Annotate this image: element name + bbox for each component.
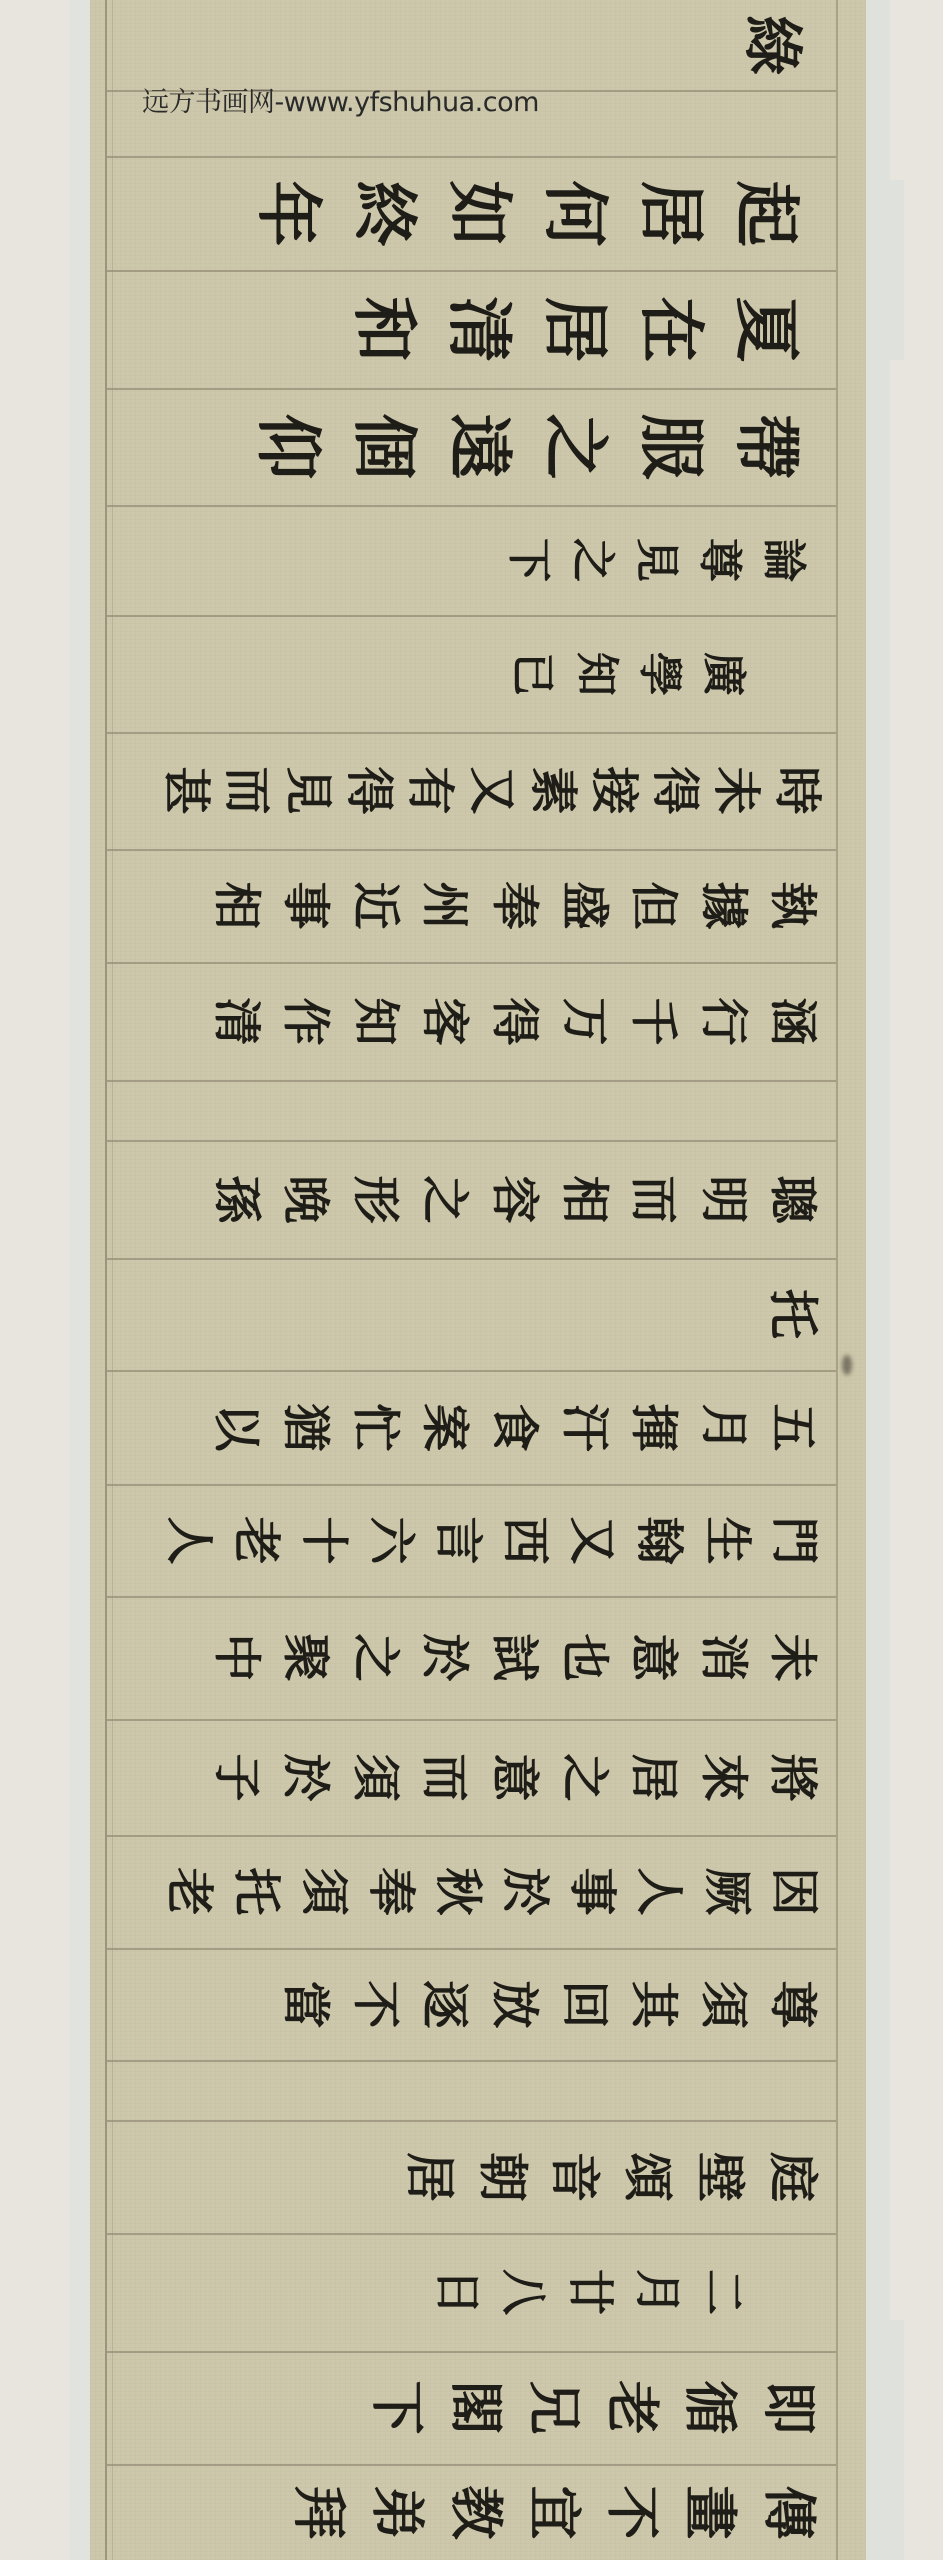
calligraphy-character: 兄 — [519, 2368, 596, 2446]
calligraphy-character: 廣 — [696, 642, 760, 706]
calligraphy-character: 傳 — [754, 2473, 831, 2551]
calligraphy-character: 月 — [693, 1392, 762, 1462]
calligraphy-character: 行 — [693, 986, 762, 1056]
calligraphy-column: 論尊見之下 — [120, 505, 820, 615]
calligraphy-character: 十 — [294, 1506, 363, 1573]
calligraphy-character: 不 — [598, 2473, 675, 2551]
calligraphy-character: 猶 — [276, 1392, 345, 1462]
calligraphy-character: 聰 — [763, 1164, 832, 1234]
calligraphy-character: 千 — [624, 986, 693, 1056]
calligraphy-character: 西 — [495, 1506, 564, 1573]
calligraphy-character: 意 — [624, 1623, 693, 1693]
calligraphy-character: 事 — [276, 871, 345, 941]
calligraphy-character: 客 — [415, 986, 484, 1056]
calligraphy-character: 素 — [523, 760, 592, 821]
calligraphy-character: 學 — [632, 642, 696, 706]
calligraphy-character: 子 — [206, 1742, 275, 1812]
calligraphy-column: 帶服之遠個仰 — [120, 388, 820, 505]
calligraphy-character: 人 — [159, 1506, 228, 1573]
calligraphy-character: 年 — [246, 165, 341, 261]
calligraphy-character: 於 — [495, 1858, 564, 1925]
calligraphy-character: 清 — [438, 281, 533, 377]
calligraphy-character: 門 — [764, 1506, 833, 1573]
calligraphy-character: 晚 — [276, 1164, 345, 1234]
left-margin-line-inner — [112, 0, 113, 2560]
calligraphy-column: 執據但盛奉州近事相 — [120, 849, 832, 962]
calligraphy-character: 來 — [693, 1742, 762, 1812]
ruled-line — [107, 1080, 836, 1082]
calligraphy-character: 和 — [342, 281, 437, 377]
calligraphy-character: 廿 — [560, 2259, 626, 2326]
calligraphy-character: 之 — [415, 1164, 484, 1234]
calligraphy-character: 朝 — [470, 2140, 542, 2213]
calligraphy-character: 而 — [415, 1742, 484, 1812]
calligraphy-character: 万 — [554, 986, 623, 1056]
calligraphy-character: 仰 — [246, 399, 341, 495]
calligraphy-column: 托 — [120, 1258, 832, 1370]
mount-notch — [890, 360, 904, 2320]
calligraphy-character: 八 — [494, 2259, 560, 2326]
calligraphy-character: 秋 — [428, 1858, 497, 1925]
calligraphy-character: 相 — [554, 1164, 623, 1234]
calligraphy-character: 言 — [428, 1506, 497, 1573]
calligraphy-character: 居 — [629, 165, 724, 261]
left-margin-line — [105, 0, 107, 2560]
calligraphy-character: 奉 — [484, 871, 553, 941]
calligraphy-character: 案 — [415, 1392, 484, 1462]
calligraphy-column: 時未得接素又有得見而甚 — [120, 732, 832, 849]
calligraphy-character: 相 — [206, 871, 275, 941]
calligraphy-character: 因 — [764, 1858, 833, 1925]
calligraphy-character: 州 — [415, 871, 484, 941]
calligraphy-character: 何 — [533, 165, 628, 261]
mount-right-edge — [866, 0, 904, 2560]
ruled-line — [107, 2060, 836, 2062]
calligraphy-character: 宜 — [519, 2473, 596, 2551]
calligraphy-character: 回 — [554, 1969, 623, 2039]
calligraphy-character: 教 — [441, 2473, 518, 2551]
calligraphy-character: 放 — [484, 1969, 553, 2039]
scroll-paper: 綠起居何如終年夏在居清和帶服之遠個仰論尊見之下廣學知已時未得接素又有得見而甚執據… — [90, 0, 866, 2560]
calligraphy-character: 五 — [763, 1392, 832, 1462]
calligraphy-character: 起 — [725, 165, 820, 261]
calligraphy-character: 壁 — [687, 2140, 759, 2213]
calligraphy-character: 托 — [760, 1278, 832, 1351]
calligraphy-character: 但 — [624, 871, 693, 941]
calligraphy-character: 翰 — [630, 1506, 699, 1573]
calligraphy-character: 不 — [345, 1969, 414, 2039]
calligraphy-character: 奉 — [361, 1858, 430, 1925]
watermark-text: 远方书画网-www.yfshuhua.com — [142, 80, 539, 119]
calligraphy-character: 二 — [694, 2259, 760, 2326]
calligraphy-character: 接 — [584, 760, 653, 821]
calligraphy-character: 也 — [554, 1623, 623, 1693]
calligraphy-character: 而 — [624, 1164, 693, 1234]
calligraphy-character: 忙 — [345, 1392, 414, 1462]
calligraphy-character: 六 — [361, 1506, 430, 1573]
calligraphy-character: 人 — [630, 1858, 699, 1925]
calligraphy-character: 閣 — [441, 2368, 518, 2446]
calligraphy-character: 服 — [629, 399, 724, 495]
calligraphy-character: 盛 — [554, 871, 623, 941]
calligraphy-character: 形 — [345, 1164, 414, 1234]
calligraphy-character: 當 — [276, 1969, 345, 2039]
calligraphy-character: 見 — [278, 760, 347, 821]
calligraphy-character: 之 — [554, 1742, 623, 1812]
calligraphy-column: 綠 — [120, 0, 820, 90]
calligraphy-character: 執 — [763, 871, 832, 941]
calligraphy-character: 食 — [484, 1392, 553, 1462]
calligraphy-character: 未 — [706, 760, 775, 821]
calligraphy-column: 庭壁頌音朝居 — [120, 2120, 832, 2233]
calligraphy-character: 須 — [294, 1858, 363, 1925]
calligraphy-character: 須 — [693, 1969, 762, 2039]
calligraphy-character: 汗 — [554, 1392, 623, 1462]
calligraphy-character: 得 — [645, 760, 714, 821]
calligraphy-column: 未消意也試於之聚中 — [120, 1596, 832, 1719]
calligraphy-character: 庭 — [760, 2140, 832, 2213]
calligraphy-character: 拜 — [285, 2473, 362, 2551]
calligraphy-character: 作 — [276, 986, 345, 1056]
calligraphy-character: 據 — [693, 871, 762, 941]
calligraphy-character: 又 — [562, 1506, 631, 1573]
calligraphy-column: 聰明而相容之形晚孫 — [120, 1140, 832, 1258]
calligraphy-character: 甚 — [156, 760, 225, 821]
calligraphy-character: 已 — [505, 642, 569, 706]
calligraphy-character: 老 — [159, 1858, 228, 1925]
calligraphy-character: 意 — [484, 1742, 553, 1812]
calligraphy-character: 如 — [438, 165, 533, 261]
calligraphy-character: 終 — [342, 165, 437, 261]
calligraphy-character: 之 — [345, 1623, 414, 1693]
calligraphy-character: 容 — [484, 1164, 553, 1234]
calligraphy-character: 以 — [206, 1392, 275, 1462]
calligraphy-character: 時 — [767, 760, 836, 821]
calligraphy-character: 未 — [763, 1623, 832, 1693]
calligraphy-column: 二月廿八日 — [120, 2233, 760, 2351]
calligraphy-character: 知 — [569, 642, 633, 706]
calligraphy-character: 事 — [562, 1858, 631, 1925]
calligraphy-character: 個 — [342, 399, 437, 495]
calligraphy-character: 綠 — [734, 2, 820, 89]
calligraphy-character: 在 — [629, 281, 724, 377]
calligraphy-character: 將 — [763, 1742, 832, 1812]
calligraphy-column: 廣學知已 — [120, 615, 760, 732]
calligraphy-character: 畫 — [676, 2473, 753, 2551]
calligraphy-character: 須 — [345, 1742, 414, 1812]
calligraphy-column: 因厥人事於秋奉須托老 — [120, 1835, 832, 1948]
calligraphy-character: 帶 — [725, 399, 820, 495]
calligraphy-character: 得 — [339, 760, 408, 821]
calligraphy-character: 之 — [533, 399, 628, 495]
calligraphy-character: 逐 — [415, 1969, 484, 2039]
calligraphy-character: 知 — [345, 986, 414, 1056]
calligraphy-character: 消 — [693, 1623, 762, 1693]
calligraphy-character: 論 — [756, 528, 820, 592]
calligraphy-column: 即循老兄閣下 — [120, 2351, 832, 2464]
calligraphy-character: 於 — [276, 1742, 345, 1812]
calligraphy-column: 五月揮汗食案忙猶以 — [120, 1370, 832, 1484]
calligraphy-character: 居 — [397, 2140, 469, 2213]
calligraphy-character: 弟 — [363, 2473, 440, 2551]
mount-notch — [890, 0, 904, 180]
right-margin-line — [836, 0, 838, 2560]
calligraphy-column: 門生翰又西言六十老人 — [120, 1484, 832, 1596]
calligraphy-character: 老 — [226, 1506, 295, 1573]
calligraphy-character: 涵 — [763, 986, 832, 1056]
calligraphy-character: 近 — [345, 871, 414, 941]
calligraphy-character: 得 — [484, 986, 553, 1056]
calligraphy-character: 有 — [400, 760, 469, 821]
calligraphy-character: 尊 — [692, 528, 756, 592]
calligraphy-column: 尊須其回放逐不當 — [120, 1948, 832, 2060]
calligraphy-character: 又 — [462, 760, 531, 821]
calligraphy-character: 試 — [484, 1623, 553, 1693]
calligraphy-character: 老 — [598, 2368, 675, 2446]
calligraphy-character: 下 — [363, 2368, 440, 2446]
calligraphy-character: 見 — [629, 528, 693, 592]
calligraphy-character: 頌 — [615, 2140, 687, 2213]
calligraphy-character: 明 — [693, 1164, 762, 1234]
calligraphy-character: 居 — [533, 281, 628, 377]
calligraphy-column: 將來居之意而須於子 — [120, 1719, 832, 1835]
calligraphy-character: 托 — [226, 1858, 295, 1925]
calligraphy-character: 循 — [676, 2368, 753, 2446]
ink-stain — [842, 1355, 852, 1375]
calligraphy-character: 孫 — [206, 1164, 275, 1234]
calligraphy-character: 其 — [624, 1969, 693, 2039]
calligraphy-character: 中 — [206, 1623, 275, 1693]
calligraphy-character: 日 — [427, 2259, 493, 2326]
calligraphy-character: 下 — [501, 528, 565, 592]
calligraphy-character: 夏 — [725, 281, 820, 377]
calligraphy-character: 之 — [565, 528, 629, 592]
calligraphy-character: 生 — [697, 1506, 766, 1573]
calligraphy-character: 揮 — [624, 1392, 693, 1462]
calligraphy-column: 傳畫不宜教弟拜 — [120, 2464, 832, 2560]
calligraphy-character: 於 — [415, 1623, 484, 1693]
calligraphy-character: 厥 — [697, 1858, 766, 1925]
mount-left-edge — [70, 0, 92, 2560]
calligraphy-character: 月 — [627, 2259, 693, 2326]
calligraphy-column: 起居何如終年 — [120, 156, 820, 270]
calligraphy-character: 音 — [542, 2140, 614, 2213]
calligraphy-character: 遠 — [438, 399, 533, 495]
calligraphy-character: 即 — [754, 2368, 831, 2446]
calligraphy-column: 涵行千万得客知作清 — [120, 962, 832, 1080]
calligraphy-character: 尊 — [763, 1969, 832, 2039]
calligraphy-character: 聚 — [276, 1623, 345, 1693]
calligraphy-character: 而 — [217, 760, 286, 821]
calligraphy-character: 清 — [206, 986, 275, 1056]
calligraphy-character: 居 — [624, 1742, 693, 1812]
calligraphy-column: 夏在居清和 — [120, 270, 820, 388]
